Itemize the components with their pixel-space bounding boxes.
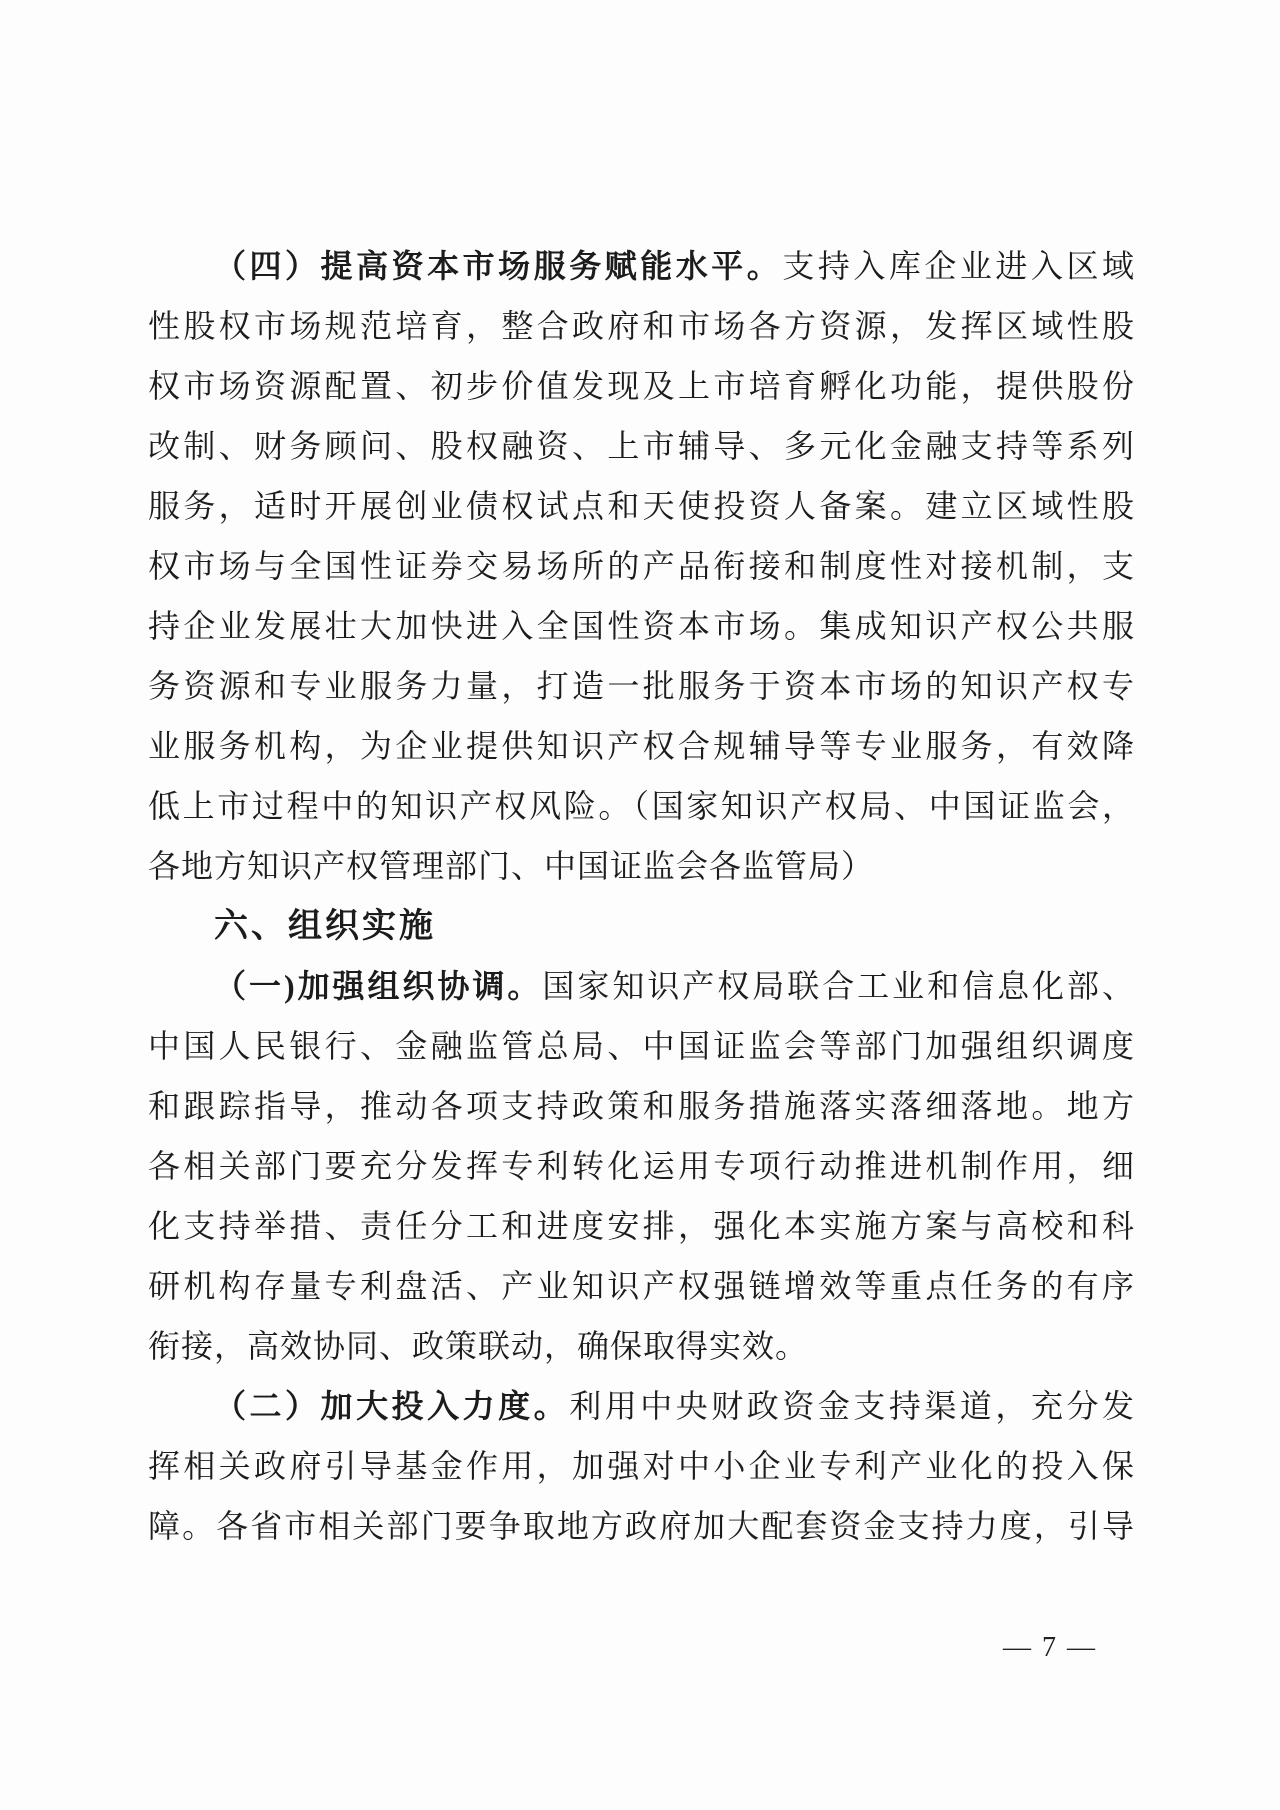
text-line: 性股权市场规范培育，整合政府和市场各方资源，发挥区域性股: [148, 296, 1135, 356]
body-text: 务资源和专业服务力量，打造一批服务于资本市场的知识产权专: [148, 668, 1135, 704]
text-line: （一)加强组织协调。国家知识产权局联合工业和信息化部、: [148, 956, 1135, 1016]
body-text: 各相关部门要充分发挥专利转化运用专项行动推进机制作用，细: [148, 1148, 1135, 1184]
text-line: 权市场与全国性证券交易场所的产品衔接和制度性对接机制，支: [148, 536, 1135, 596]
document-body: （四）提高资本市场服务赋能水平。支持入库企业进入区域性股权市场规范培育，整合政府…: [148, 236, 1135, 1556]
body-text: 服务，适时开展创业债权试点和天使投资人备案。建立区域性股: [148, 488, 1135, 524]
bold-lead-text: （四）提高资本市场服务赋能水平。: [214, 248, 782, 284]
body-text: 业服务机构，为企业提供知识产权合规辅导等专业服务，有效降: [148, 728, 1135, 764]
text-line: 持企业发展壮大加快进入全国性资本市场。集成知识产权公共服: [148, 596, 1135, 656]
bold-lead-text: （二）加大投入力度。: [214, 1388, 569, 1424]
section-heading-line: 六、组织实施: [148, 896, 1135, 956]
text-line: 中国人民银行、金融监管总局、中国证监会等部门加强组织调度: [148, 1016, 1135, 1076]
text-line: （二）加大投入力度。利用中央财政资金支持渠道，充分发: [148, 1376, 1135, 1436]
body-text: 化支持举措、责任分工和进度安排，强化本实施方案与高校和科: [148, 1208, 1135, 1244]
paragraph-4-capital-market-service: （四）提高资本市场服务赋能水平。支持入库企业进入区域性股权市场规范培育，整合政府…: [148, 236, 1135, 896]
text-line: （四）提高资本市场服务赋能水平。支持入库企业进入区域: [148, 236, 1135, 296]
body-text: 支持入库企业进入区域: [782, 248, 1135, 284]
text-line: 服务，适时开展创业债权试点和天使投资人备案。建立区域性股: [148, 476, 1135, 536]
bold-lead-text: 六、组织实施: [214, 907, 436, 945]
body-text: 性股权市场规范培育，整合政府和市场各方资源，发挥区域性股: [148, 308, 1135, 344]
body-text: 挥相关政府引导基金作用，加强对中小企业专利产业化的投入保: [148, 1448, 1135, 1484]
text-line: 权市场资源配置、初步价值发现及上市培育孵化功能，提供股份: [148, 356, 1135, 416]
text-line: 衔接，高效协同、政策联动，确保取得实效。: [148, 1316, 1135, 1376]
body-text: 和跟踪指导，推动各项支持政策和服务措施落实落细落地。地方: [148, 1088, 1135, 1124]
text-line: 业服务机构，为企业提供知识产权合规辅导等专业服务，有效降: [148, 716, 1135, 776]
bold-lead-text: （一)加强组织协调。: [214, 968, 542, 1004]
body-text: 持企业发展壮大加快进入全国性资本市场。集成知识产权公共服: [148, 608, 1135, 644]
body-text: 障。各省市相关部门要争取地方政府加大配套资金支持力度，引导: [148, 1508, 1135, 1544]
paragraph-1-strengthen-coordination: （一)加强组织协调。国家知识产权局联合工业和信息化部、中国人民银行、金融监管总局…: [148, 956, 1135, 1376]
paragraph-2-increase-investment: （二）加大投入力度。利用中央财政资金支持渠道，充分发挥相关政府引导基金作用，加强…: [148, 1376, 1135, 1556]
text-line: 务资源和专业服务力量，打造一批服务于资本市场的知识产权专: [148, 656, 1135, 716]
body-text: 权市场资源配置、初步价值发现及上市培育孵化功能，提供股份: [148, 368, 1135, 404]
page-number: — 7 —: [985, 1628, 1115, 1668]
body-text: 各地方知识产权管理部门、中国证监会各监管局）: [148, 848, 874, 884]
body-text: 改制、财务顾问、股权融资、上市辅导、多元化金融支持等系列: [148, 428, 1135, 464]
body-text: 衔接，高效协同、政策联动，确保取得实效。: [148, 1328, 808, 1364]
section-heading-6-organization-implementation: 六、组织实施: [148, 896, 1135, 956]
text-line: 改制、财务顾问、股权融资、上市辅导、多元化金融支持等系列: [148, 416, 1135, 476]
body-text: 利用中央财政资金支持渠道，充分发: [569, 1388, 1135, 1424]
body-text: 研机构存量专利盘活、产业知识产权强链增效等重点任务的有序: [148, 1268, 1135, 1304]
body-text: 权市场与全国性证券交易场所的产品衔接和制度性对接机制，支: [148, 548, 1135, 584]
text-line: 挥相关政府引导基金作用，加强对中小企业专利产业化的投入保: [148, 1436, 1135, 1496]
body-text: 国家知识产权局联合工业和信息化部、: [542, 968, 1135, 1004]
body-text: 中国人民银行、金融监管总局、中国证监会等部门加强组织调度: [148, 1028, 1135, 1064]
text-line: 和跟踪指导，推动各项支持政策和服务措施落实落细落地。地方: [148, 1076, 1135, 1136]
text-line: 各相关部门要充分发挥专利转化运用专项行动推进机制作用，细: [148, 1136, 1135, 1196]
body-text: 低上市过程中的知识产权风险。（国家知识产权局、中国证监会，: [148, 788, 1135, 824]
document-page: （四）提高资本市场服务赋能水平。支持入库企业进入区域性股权市场规范培育，整合政府…: [0, 0, 1280, 1810]
text-line: 化支持举措、责任分工和进度安排，强化本实施方案与高校和科: [148, 1196, 1135, 1256]
text-line: 低上市过程中的知识产权风险。（国家知识产权局、中国证监会，: [148, 776, 1135, 836]
text-line: 各地方知识产权管理部门、中国证监会各监管局）: [148, 836, 1135, 896]
text-line: 研机构存量专利盘活、产业知识产权强链增效等重点任务的有序: [148, 1256, 1135, 1316]
text-line: 障。各省市相关部门要争取地方政府加大配套资金支持力度，引导: [148, 1496, 1135, 1556]
